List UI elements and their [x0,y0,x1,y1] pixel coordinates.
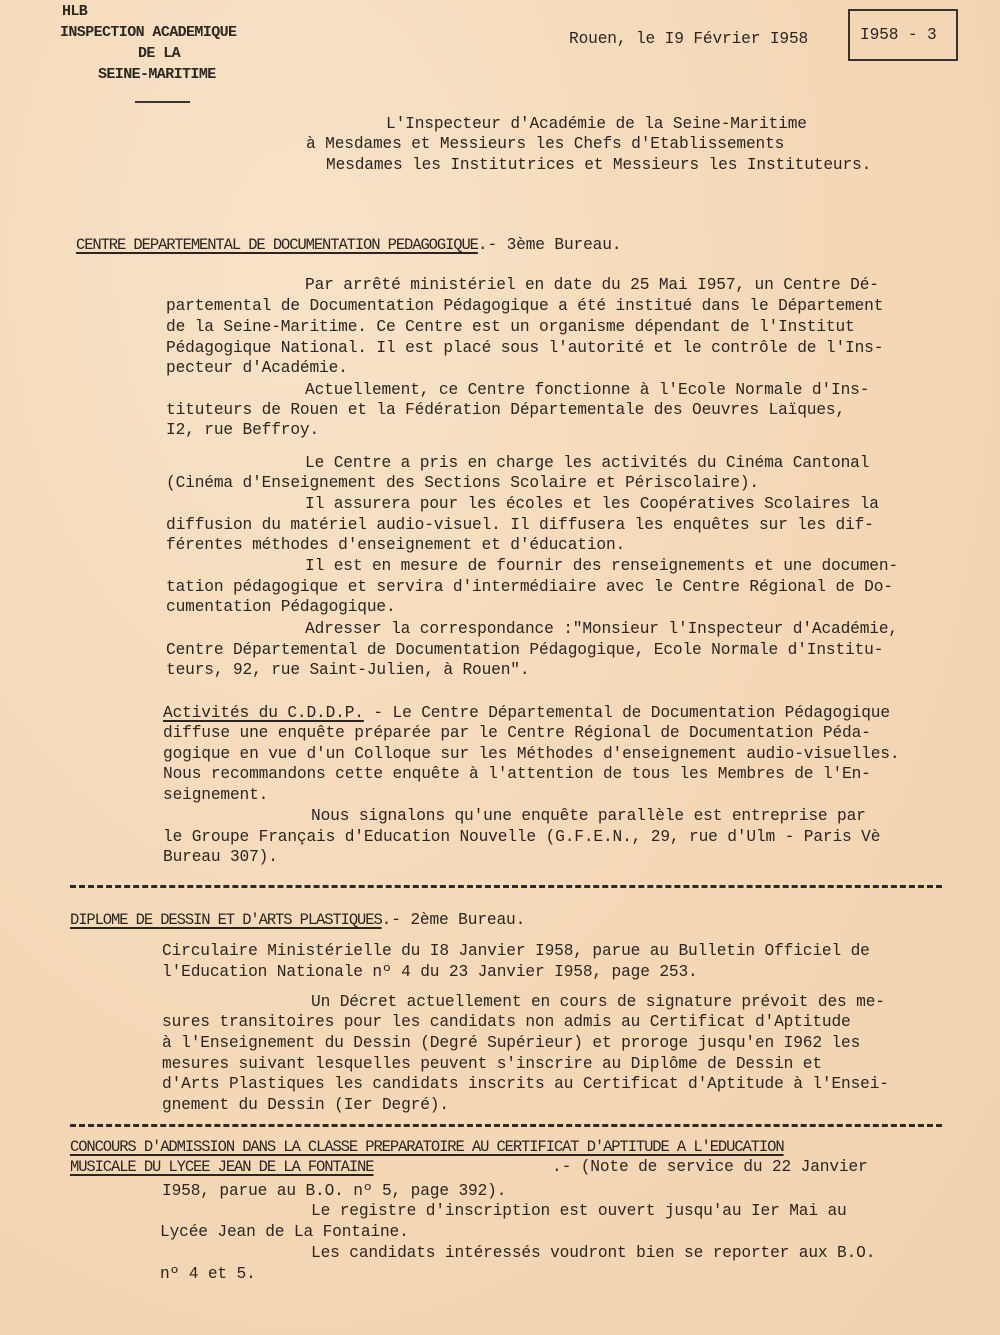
paragraph-line: Actuellement, ce Centre fonctionne à l'E… [305,380,869,401]
paragraph-line: diffusion du matériel audio-visuel. Il d… [166,515,874,536]
paragraph-line: Nous signalons qu'une enquête parallèle … [311,806,866,827]
paragraph-line: teurs, 92, rue Saint-Julien, à Rouen". [166,660,529,681]
paragraph-line: l'Education Nationale nº 4 du 23 Janvier… [162,962,698,983]
paragraph-line: tituteurs de Rouen et la Fédération Dépa… [166,400,845,421]
paragraph-line: gogique en vue d'un Colloque sur les Mét… [163,744,899,765]
reference-number: I958 - 3 [860,25,937,46]
paragraph-line: Par arrêté ministériel en date du 25 Mai… [305,275,879,296]
section2-heading: DIPLOME DE DESSIN ET D'ARTS PLASTIQUES.-… [70,910,525,931]
paragraph-line: Adresser la correspondance :"Monsieur l'… [305,619,898,640]
paragraph-line: nº 4 et 5. [160,1264,256,1285]
section3-suffix: .- (Note de service du 22 Janvier [552,1157,868,1178]
paragraph-line: le Groupe Français d'Education Nouvelle … [163,827,880,848]
section2-title: DIPLOME DE DESSIN ET D'ARTS PLASTIQUES [70,911,382,929]
paragraph-line: Nous recommandons cette enquête à l'atte… [163,764,871,785]
addressee-line: L'Inspecteur d'Académie de la Seine-Mari… [386,114,807,135]
paragraph-line: tation pédagogique et servira d'interméd… [166,577,893,598]
section1-title: CENTRE DEPARTEMENTAL DE DOCUMENTATION PE… [76,236,478,254]
paragraph-line: de la Seine-Maritime. Ce Centre est un o… [166,317,855,338]
paragraph-line: cumentation Pédagogique. [166,597,396,618]
paragraph-line: férentes méthodes d'enseignement et d'éd… [166,535,625,556]
section-divider [70,885,942,888]
addressee-line: à Mesdames et Messieurs les Chefs d'Etab… [306,134,784,155]
letterhead-de-la: DE LA [138,45,180,63]
paragraph-line: I2, rue Beffroy. [166,420,319,441]
paragraph-line: (Cinéma d'Enseignement des Sections Scol… [166,473,759,494]
section1-suffix: .- 3ème Bureau. [478,236,621,254]
paragraph-line: Le registre d'inscription est ouvert jus… [311,1201,847,1222]
paragraph-line: pecteur d'Académie. [166,358,348,379]
paragraph-line: d'Arts Plastiques les candidats inscrits… [162,1074,889,1095]
section3-title-cont: MUSICALE DU LYCEE JEAN DE LA FONTAINE [70,1158,373,1176]
section-divider [70,1124,942,1127]
paragraph-line: gnement du Dessin (Ier Degré). [162,1095,449,1116]
paragraph-line: I958, parue au B.O. nº 5, page 392). [162,1181,506,1202]
reference-box: I958 - 3 [848,9,958,61]
paragraph-line: partemental de Documentation Pédagogique… [166,296,883,317]
paragraph-line: sures transitoires pour les candidats no… [162,1012,851,1033]
activities-heading: Activités du C.D.D.P. - Le Centre Départ… [163,703,890,724]
section3-heading: MUSICALE DU LYCEE JEAN DE LA FONTAINE [70,1157,373,1178]
paragraph-line: Le Centre a pris en charge les activités… [305,453,869,474]
addressee-line: Mesdames les Institutrices et Messieurs … [326,155,871,176]
paragraph-line: Les candidats intéressés voudront bien s… [311,1243,875,1264]
letterhead-rule [135,101,190,103]
paragraph-line: à l'Enseignement du Dessin (Degré Supéri… [162,1033,860,1054]
section2-suffix: .- 2ème Bureau. [382,911,525,929]
paragraph-line: Centre Départemental de Documentation Pé… [166,640,883,661]
paragraph-line: Lycée Jean de La Fontaine. [160,1222,409,1243]
paragraph-line: Un Décret actuellement en cours de signa… [311,992,885,1013]
section3-title: CONCOURS D'ADMISSION DANS LA CLASSE PREP… [70,1137,784,1158]
letterhead-institution: INSPECTION ACADEMIQUE [60,24,236,42]
dateline: Rouen, le I9 Février I958 [569,29,808,50]
paragraph-line: mesures suivant lesquelles peuvent s'ins… [162,1054,822,1075]
paragraph-line: seignement. [163,785,268,806]
activities-title: Activités du C.D.D.P. [163,704,364,722]
letterhead-initials: HLB [62,3,87,21]
letterhead-department: SEINE-MARITIME [98,66,216,84]
paragraph-line: Circulaire Ministérielle du I8 Janvier I… [162,941,870,962]
section1-heading: CENTRE DEPARTEMENTAL DE DOCUMENTATION PE… [76,235,621,256]
paragraph-line: Il est en mesure de fournir des renseign… [305,556,898,577]
paragraph-line: Pédagogique National. Il est placé sous … [166,338,883,359]
paragraph-line: Il assurera pour les écoles et les Coopé… [305,494,879,515]
paragraph-line: diffuse une enquête préparée par le Cent… [163,723,871,744]
paragraph-line: Bureau 307). [163,847,278,868]
